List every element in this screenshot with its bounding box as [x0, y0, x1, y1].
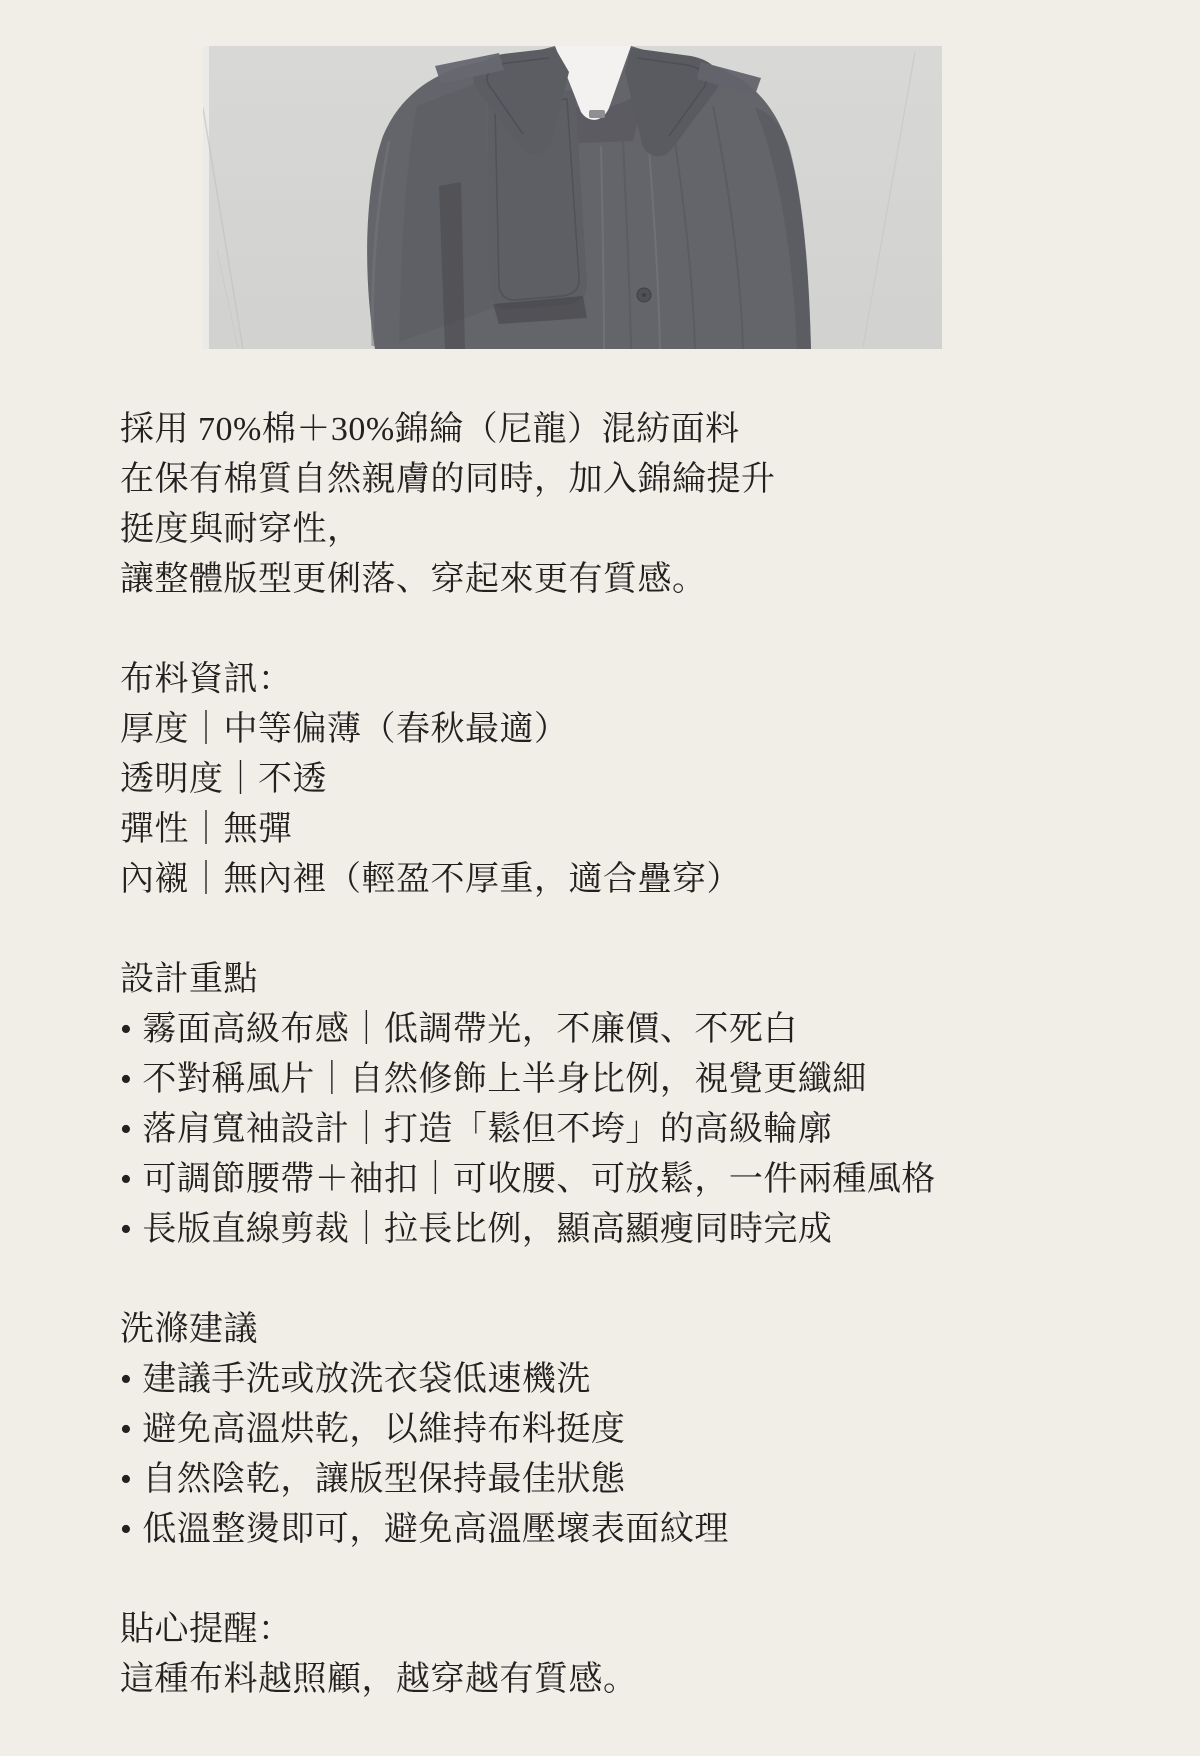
bullet-item: •自然陰乾，讓版型保持最佳狀態 [120, 1455, 1140, 1505]
coat-photo-illustration [203, 46, 942, 349]
text-line: 貼心提醒： [120, 1605, 1140, 1655]
bullet-dot: • [120, 1105, 132, 1155]
text-line: 採用 70%棉＋30%錦綸（尼龍）混紡面料 [120, 405, 1140, 455]
bullet-text: 霧面高級布感｜低調帶光，不廉價、不死白 [142, 1005, 798, 1055]
text-line: 布料資訊： [120, 655, 1140, 705]
bullet-item: •可調節腰帶＋袖扣｜可收腰、可放鬆，一件兩種風格 [120, 1155, 1140, 1205]
bullet-dot: • [120, 1455, 132, 1505]
text-line: 這種布料越照顧，越穿越有質感。 [120, 1655, 1140, 1705]
bullet-dot: • [120, 1005, 132, 1055]
section-title: 設計重點 [120, 955, 1140, 1005]
bullet-text: 落肩寬袖設計｜打造「鬆但不垮」的高級輪廓 [142, 1105, 832, 1155]
bullet-item: •長版直線剪裁｜拉長比例，顯高顯瘦同時完成 [120, 1205, 1140, 1255]
bullet-text: 避免高溫烘乾，以維持布料挺度 [142, 1405, 625, 1455]
bullet-item: •低溫整燙即可，避免高溫壓壞表面紋理 [120, 1505, 1140, 1555]
text-line: 彈性｜無彈 [120, 805, 1140, 855]
bullet-item: •不對稱風片｜自然修飾上半身比例，視覺更纖細 [120, 1055, 1140, 1105]
bullet-dot: • [120, 1055, 132, 1105]
bullet-text: 建議手洗或放洗衣袋低速機洗 [142, 1355, 591, 1405]
section-fabric-intro: 採用 70%棉＋30%錦綸（尼龍）混紡面料在保有棉質自然親膚的同時，加入錦綸提升… [120, 405, 1140, 605]
text-line: 讓整體版型更俐落、穿起來更有質感。 [120, 555, 1140, 605]
text-line: 透明度｜不透 [120, 755, 1140, 805]
bullet-dot: • [120, 1405, 132, 1455]
text-line: 厚度｜中等偏薄（春秋最適） [120, 705, 1140, 755]
bullet-text: 自然陰乾，讓版型保持最佳狀態 [142, 1455, 625, 1505]
bullet-item: •落肩寬袖設計｜打造「鬆但不垮」的高級輪廓 [120, 1105, 1140, 1155]
section-washing-advice: 洗滌建議•建議手洗或放洗衣袋低速機洗•避免高溫烘乾，以維持布料挺度•自然陰乾，讓… [120, 1305, 1140, 1555]
bullet-text: 低溫整燙即可，避免高溫壓壞表面紋理 [142, 1505, 729, 1555]
bullet-item: •霧面高級布感｜低調帶光，不廉價、不死白 [120, 1005, 1140, 1055]
bullet-dot: • [120, 1205, 132, 1255]
bullet-dot: • [120, 1505, 132, 1555]
bullet-text: 長版直線剪裁｜拉長比例，顯高顯瘦同時完成 [142, 1205, 832, 1255]
bullet-item: •避免高溫烘乾，以維持布料挺度 [120, 1405, 1140, 1455]
bullet-dot: • [120, 1355, 132, 1405]
text-line: 內襯｜無內裡（輕盈不厚重，適合疊穿） [120, 855, 1140, 905]
coat-button-hole [642, 293, 646, 297]
product-photo [203, 46, 942, 349]
section-fabric-info: 布料資訊：厚度｜中等偏薄（春秋最適）透明度｜不透彈性｜無彈內襯｜無內裡（輕盈不厚… [120, 655, 1140, 905]
section-design-highlights: 設計重點•霧面高級布感｜低調帶光，不廉價、不死白•不對稱風片｜自然修飾上半身比例… [120, 955, 1140, 1255]
bullet-item: •建議手洗或放洗衣袋低速機洗 [120, 1355, 1140, 1405]
section-title: 洗滌建議 [120, 1305, 1140, 1355]
bullet-dot: • [120, 1155, 132, 1205]
collar-clasp [589, 110, 605, 118]
section-reminder: 貼心提醒：這種布料越照顧，越穿越有質感。 [120, 1605, 1140, 1705]
product-description: 採用 70%棉＋30%錦綸（尼龍）混紡面料在保有棉質自然親膚的同時，加入錦綸提升… [120, 405, 1140, 1705]
text-line: 挺度與耐穿性， [120, 505, 1140, 555]
bullet-text: 不對稱風片｜自然修飾上半身比例，視覺更纖細 [142, 1055, 867, 1105]
text-line: 在保有棉質自然親膚的同時，加入錦綸提升 [120, 455, 1140, 505]
description-sections: 採用 70%棉＋30%錦綸（尼龍）混紡面料在保有棉質自然親膚的同時，加入錦綸提升… [120, 405, 1140, 1705]
wall-left-highlight [203, 46, 209, 349]
bullet-text: 可調節腰帶＋袖扣｜可收腰、可放鬆，一件兩種風格 [142, 1155, 936, 1205]
